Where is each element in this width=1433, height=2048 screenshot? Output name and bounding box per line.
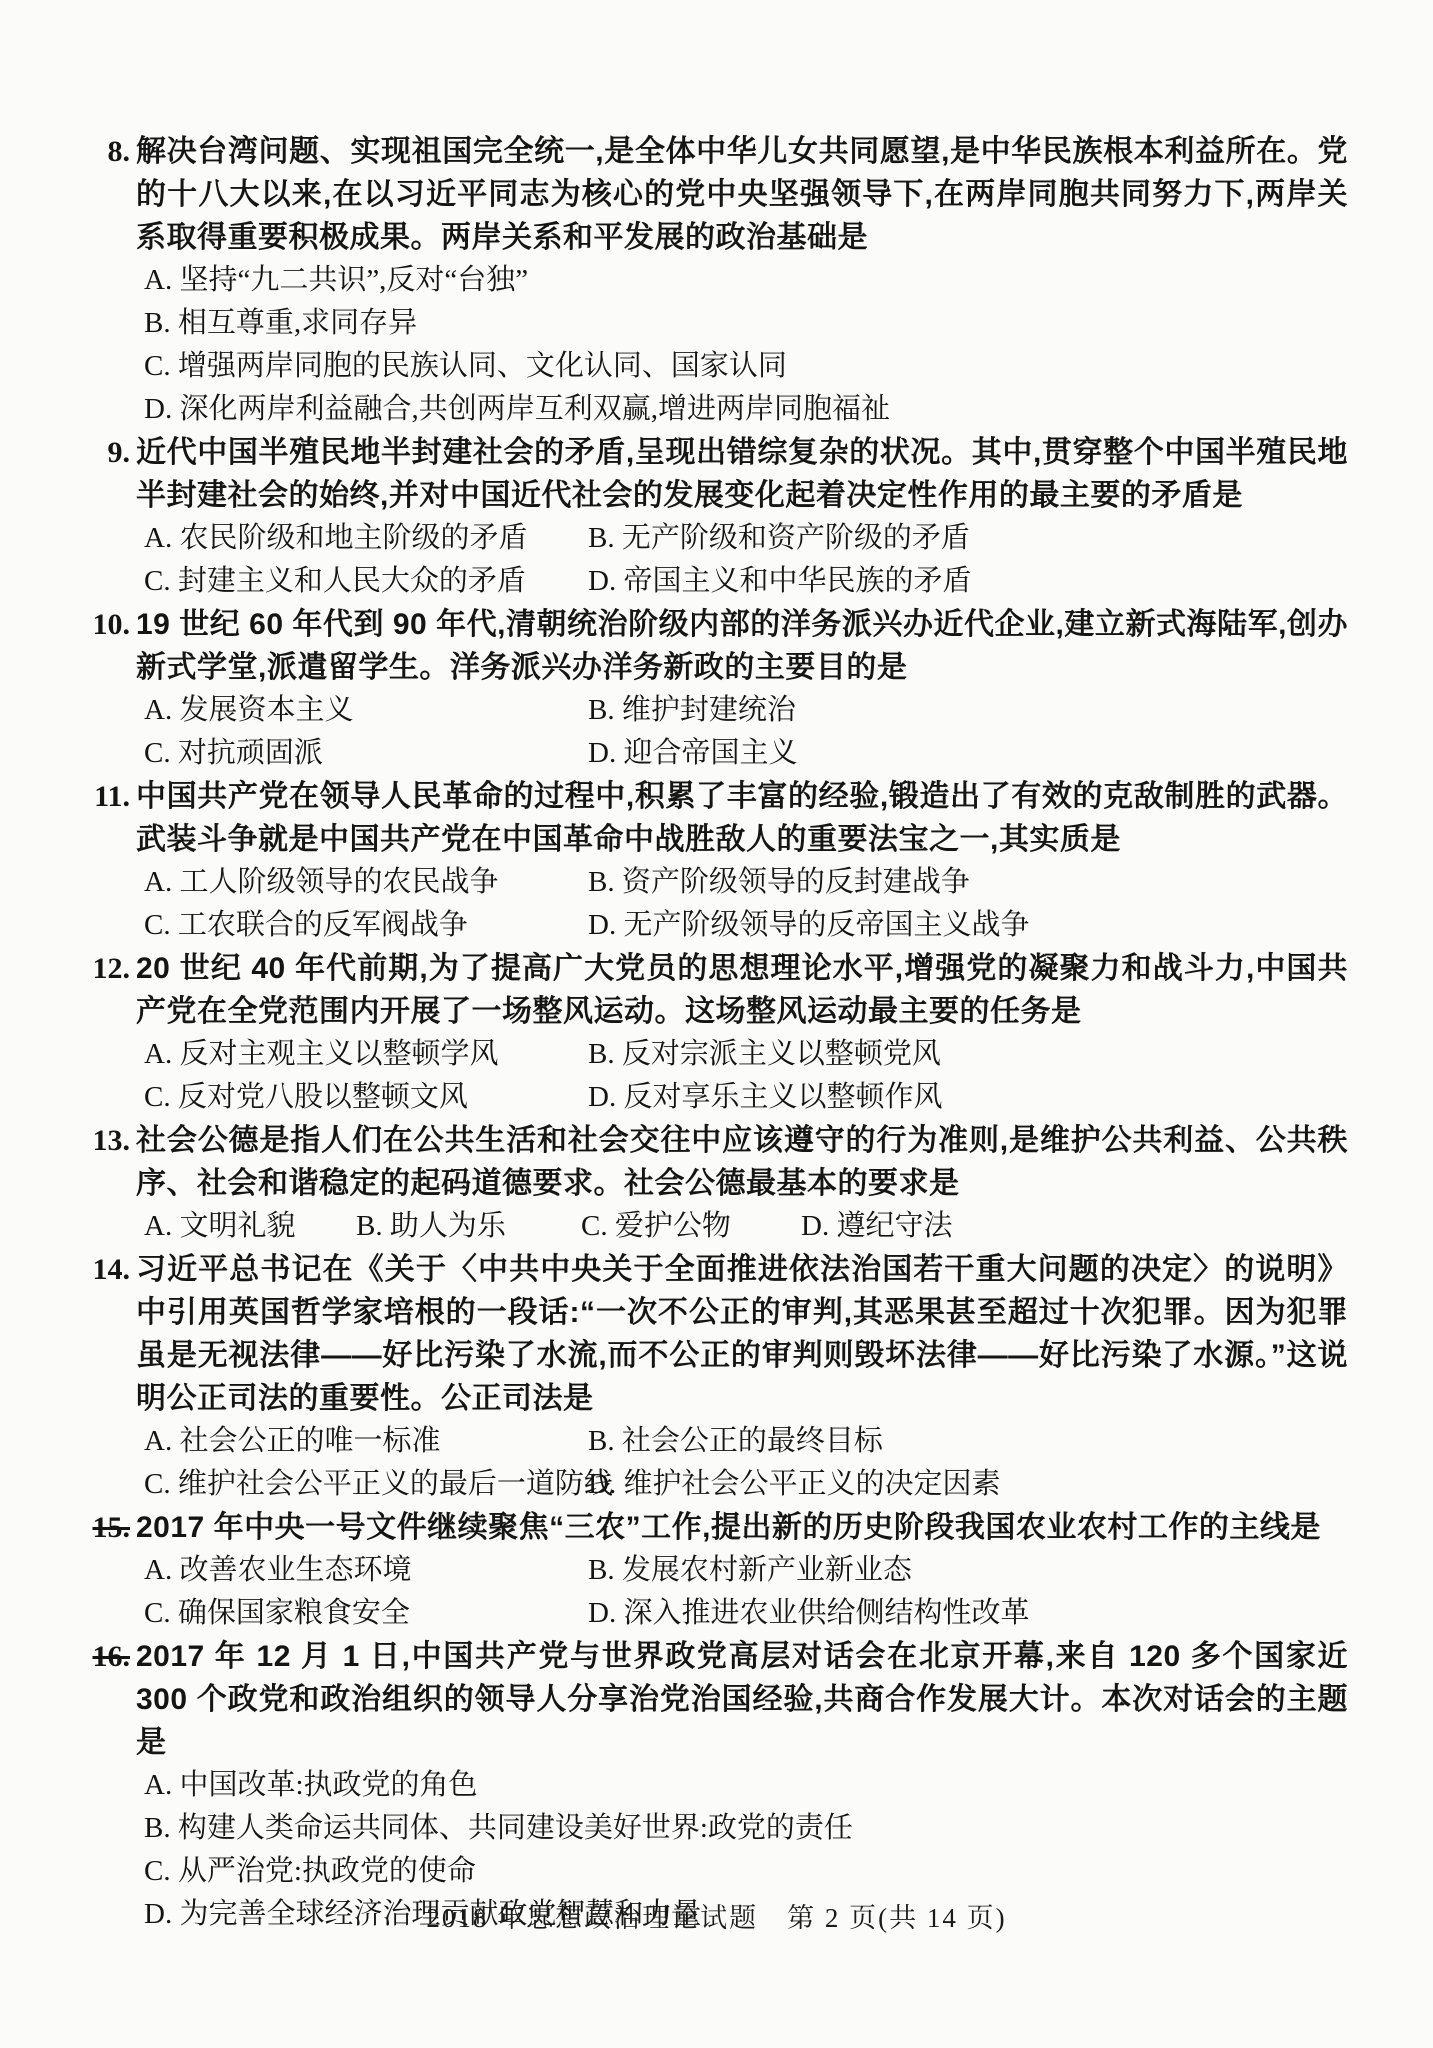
question-stem: 2017 年 12 月 1 日,中国共产党与世界政党高层对话会在北京开幕,来自 … (136, 1635, 1348, 1764)
option: B. 维护封建统治 (580, 689, 1348, 732)
option-group: A. 坚持“九二共识”,反对“台独”B. 相互尊重,求同存异C. 增强两岸同胞的… (136, 259, 1348, 431)
question-number: 15. (84, 1506, 130, 1549)
option: D. 无产阶级领导的反帝国主义战争 (580, 904, 1348, 947)
option: A. 社会公正的唯一标准 (136, 1420, 580, 1463)
option: A. 改善农业生态环境 (136, 1549, 580, 1592)
option: C. 从严治党:执政党的使命 (136, 1850, 1348, 1893)
option-group: A. 发展资本主义B. 维护封建统治C. 对抗顽固派D. 迎合帝国主义 (136, 689, 1348, 775)
option: A. 农民阶级和地主阶级的矛盾 (136, 517, 580, 560)
option: C. 反对党八股以整顿文风 (136, 1076, 580, 1119)
option: C. 维护社会公平正义的最后一道防线 (136, 1463, 580, 1506)
option-group: A. 工人阶级领导的农民战争B. 资产阶级领导的反封建战争C. 工农联合的反军阀… (136, 861, 1348, 947)
question: 8.解决台湾问题、实现祖国完全统一,是全体中华儿女共同愿望,是中华民族根本利益所… (136, 130, 1348, 431)
question-stem: 中国共产党在领导人民革命的过程中,积累了丰富的经验,锻造出了有效的克敌制胜的武器… (136, 775, 1348, 861)
option: D. 维护社会公平正义的决定因素 (580, 1463, 1348, 1506)
question-stem: 习近平总书记在《关于〈中共中央关于全面推进依法治国若干重大问题的决定〉的说明》中… (136, 1248, 1348, 1420)
option: B. 助人为乐 (348, 1205, 573, 1248)
option-group: A. 社会公正的唯一标准B. 社会公正的最终目标C. 维护社会公平正义的最后一道… (136, 1420, 1348, 1506)
option: D. 帝国主义和中华民族的矛盾 (580, 560, 1348, 603)
option: A. 工人阶级领导的农民战争 (136, 861, 580, 904)
option: C. 爱护公物 (573, 1205, 793, 1248)
option: B. 无产阶级和资产阶级的矛盾 (580, 517, 1348, 560)
question: 15.2017 年中央一号文件继续聚焦“三农”工作,提出新的历史阶段我国农业农村… (136, 1506, 1348, 1635)
option: A. 坚持“九二共识”,反对“台独” (136, 259, 1348, 302)
question: 13.社会公德是指人们在公共生活和社会交往中应该遵守的行为准则,是维护公共利益、… (136, 1119, 1348, 1248)
exam-page: 8.解决台湾问题、实现祖国完全统一,是全体中华儿女共同愿望,是中华民族根本利益所… (0, 0, 1433, 2048)
option: B. 社会公正的最终目标 (580, 1420, 1348, 1463)
option: D. 反对享乐主义以整顿作风 (580, 1076, 1348, 1119)
question-number: 14. (84, 1248, 130, 1291)
question-number: 11. (84, 775, 130, 818)
option: B. 反对宗派主义以整顿党风 (580, 1033, 1348, 1076)
question-number: 10. (84, 603, 130, 646)
option: C. 封建主义和人民大众的矛盾 (136, 560, 580, 603)
option: D. 深化两岸利益融合,共创两岸互利双赢,增进两岸同胞福祉 (136, 388, 1348, 431)
question-list: 8.解决台湾问题、实现祖国完全统一,是全体中华儿女共同愿望,是中华民族根本利益所… (136, 130, 1348, 1936)
page-footer: 2018 年思想政治理论试题 第 2 页(共 14 页) (0, 1896, 1433, 1935)
option-group: A. 改善农业生态环境B. 发展农村新产业新业态C. 确保国家粮食安全D. 深入… (136, 1549, 1348, 1635)
option: C. 对抗顽固派 (136, 732, 580, 775)
question: 12.20 世纪 40 年代前期,为了提高广大党员的思想理论水平,增强党的凝聚力… (136, 947, 1348, 1119)
option: B. 资产阶级领导的反封建战争 (580, 861, 1348, 904)
question: 11.中国共产党在领导人民革命的过程中,积累了丰富的经验,锻造出了有效的克敌制胜… (136, 775, 1348, 947)
option: D. 深入推进农业供给侧结构性改革 (580, 1592, 1348, 1635)
option: C. 确保国家粮食安全 (136, 1592, 580, 1635)
question: 10.19 世纪 60 年代到 90 年代,清朝统治阶级内部的洋务派兴办近代企业… (136, 603, 1348, 775)
question-number: 8. (84, 130, 130, 173)
question: 14.习近平总书记在《关于〈中共中央关于全面推进依法治国若干重大问题的决定〉的说… (136, 1248, 1348, 1506)
option-group: A. 农民阶级和地主阶级的矛盾B. 无产阶级和资产阶级的矛盾C. 封建主义和人民… (136, 517, 1348, 603)
question: 9.近代中国半殖民地半封建社会的矛盾,呈现出错综复杂的状况。其中,贯穿整个中国半… (136, 431, 1348, 603)
option: C. 工农联合的反军阀战争 (136, 904, 580, 947)
option: B. 发展农村新产业新业态 (580, 1549, 1348, 1592)
question-number: 13. (84, 1119, 130, 1162)
question-stem: 20 世纪 40 年代前期,为了提高广大党员的思想理论水平,增强党的凝聚力和战斗… (136, 947, 1348, 1033)
question-stem: 社会公德是指人们在公共生活和社会交往中应该遵守的行为准则,是维护公共利益、公共秩… (136, 1119, 1348, 1205)
option: A. 反对主观主义以整顿学风 (136, 1033, 580, 1076)
option: C. 增强两岸同胞的民族认同、文化认同、国家认同 (136, 345, 1348, 388)
option: A. 文明礼貌 (136, 1205, 348, 1248)
option-group: A. 文明礼貌B. 助人为乐C. 爱护公物D. 遵纪守法 (136, 1205, 1348, 1248)
question-number: 9. (84, 431, 130, 474)
question: 16.2017 年 12 月 1 日,中国共产党与世界政党高层对话会在北京开幕,… (136, 1635, 1348, 1936)
option: A. 中国改革:执政党的角色 (136, 1764, 1348, 1807)
option: A. 发展资本主义 (136, 689, 580, 732)
option: D. 遵纪守法 (793, 1205, 1348, 1248)
option: D. 迎合帝国主义 (580, 732, 1348, 775)
question-stem: 2017 年中央一号文件继续聚焦“三农”工作,提出新的历史阶段我国农业农村工作的… (136, 1506, 1348, 1549)
question-stem: 19 世纪 60 年代到 90 年代,清朝统治阶级内部的洋务派兴办近代企业,建立… (136, 603, 1348, 689)
question-number: 16. (84, 1635, 130, 1678)
question-stem: 解决台湾问题、实现祖国完全统一,是全体中华儿女共同愿望,是中华民族根本利益所在。… (136, 130, 1348, 259)
option-group: A. 反对主观主义以整顿学风B. 反对宗派主义以整顿党风C. 反对党八股以整顿文… (136, 1033, 1348, 1119)
option: B. 相互尊重,求同存异 (136, 302, 1348, 345)
question-stem: 近代中国半殖民地半封建社会的矛盾,呈现出错综复杂的状况。其中,贯穿整个中国半殖民… (136, 431, 1348, 517)
question-number: 12. (84, 947, 130, 990)
option: B. 构建人类命运共同体、共同建设美好世界:政党的责任 (136, 1807, 1348, 1850)
